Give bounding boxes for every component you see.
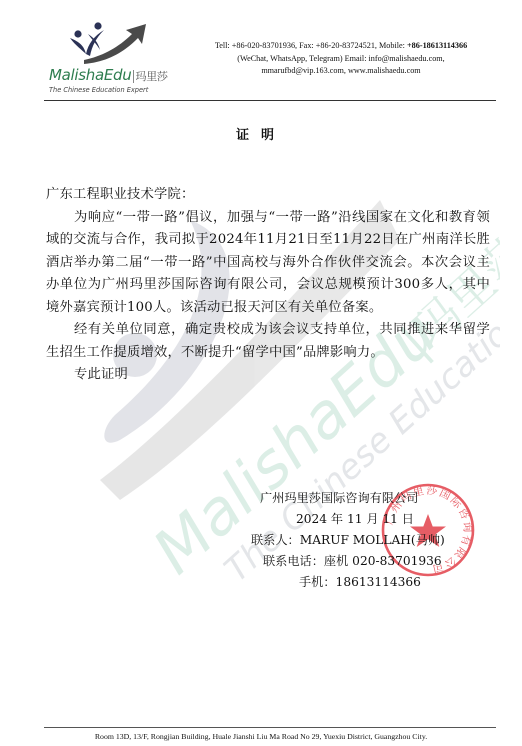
paragraph-support: 经有关单位同意，确定贵校成为该会议支持单位，共同推进来华留学生招生工作提质增效，… bbox=[46, 319, 490, 364]
closing-line: 专此证明 bbox=[46, 364, 490, 387]
company-logo: MalishaEdu玛里莎 The Chinese Education Expe… bbox=[46, 18, 176, 96]
header-contact-info: Tell: +86-020-83701936, Fax: +86-20-8372… bbox=[186, 40, 496, 78]
signing-date: 2024 年 11 月 11 日 bbox=[296, 509, 516, 530]
contact-mobile: 手机：18613114366 bbox=[299, 572, 519, 593]
contact-line-phones: Tell: +86-020-83701936, Fax: +86-20-8372… bbox=[186, 40, 496, 53]
mobile-number: +86-18613114366 bbox=[407, 41, 467, 50]
letter-page: MalishaEdu |玛里莎 The Chinese Education Ex… bbox=[0, 0, 522, 746]
document-title: 证明 bbox=[0, 124, 522, 143]
header-divider bbox=[44, 100, 496, 101]
footer-divider bbox=[44, 727, 496, 728]
salutation: 广东工程职业技术学院： bbox=[46, 184, 490, 207]
signature-block: 广州玛里莎国际咨询有限公司 2024 年 11 月 11 日 联系人：MARUF… bbox=[250, 488, 470, 593]
contact-line-web: mmarufbd@vip.163.com, www.malishaedu.com bbox=[186, 65, 496, 78]
contact-phone: 联系电话：座机 020-83701936 bbox=[263, 551, 483, 572]
logo-tagline: The Chinese Education Expert bbox=[49, 86, 148, 94]
logo-arrow-icon bbox=[68, 20, 150, 66]
signing-company: 广州玛里莎国际咨询有限公司 bbox=[260, 488, 480, 509]
contact-line-email: (WeChat, WhatsApp, Telegram) Email: info… bbox=[186, 53, 496, 66]
letter-body: 广东工程职业技术学院： 为响应“一带一路”倡议，加强与“一带一路”沿线国家在文化… bbox=[46, 184, 490, 387]
logo-wordmark: MalishaEdu玛里莎 bbox=[49, 66, 168, 84]
paragraph-event: 为响应“一带一路”倡议，加强与“一带一路”沿线国家在文化和教育领域的交流与合作，… bbox=[46, 207, 490, 320]
footer-address: Room 13D, 13/F, Rongjian Building, Huale… bbox=[0, 732, 522, 741]
contact-person: 联系人：MARUF MOLLAH(马帅) bbox=[251, 530, 471, 551]
